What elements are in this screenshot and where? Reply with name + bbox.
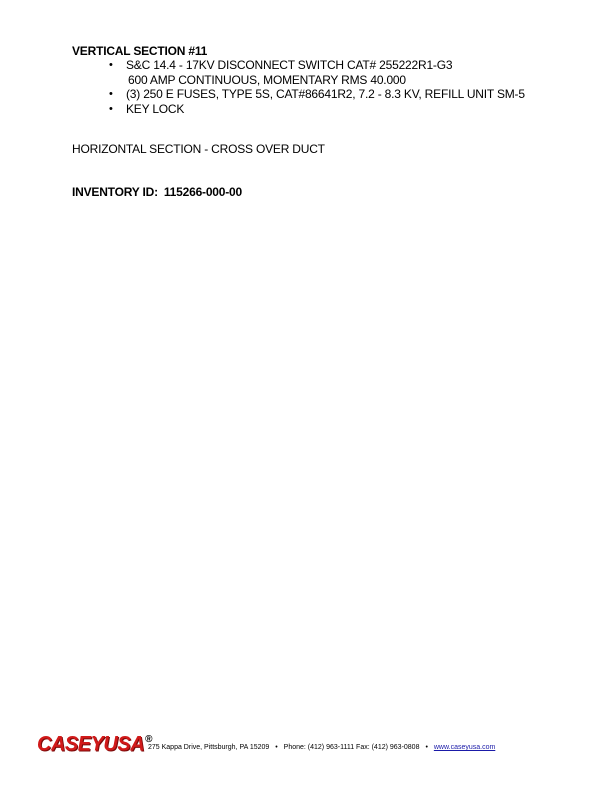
company-logo: CASEYUSA®	[37, 732, 152, 756]
list-item: • KEY LOCK	[72, 102, 525, 117]
bullet-icon: •	[109, 87, 113, 102]
list-item-continuation: 600 AMP CONTINUOUS, MOMENTARY RMS 40.000	[126, 73, 525, 88]
inventory-value: 115266-000-00	[164, 185, 242, 199]
inventory-label: INVENTORY ID:	[72, 185, 158, 199]
website-link[interactable]: www.caseyusa.com	[434, 744, 495, 751]
footer-address: 275 Kappa Drive, Pittsburgh, PA 15209	[148, 744, 269, 751]
list-item-text: KEY LOCK	[126, 102, 184, 116]
spec-list: • S&C 14.4 - 17KV DISCONNECT SWITCH CAT#…	[72, 58, 525, 116]
bullet-icon: •	[109, 58, 113, 73]
footer-contact: 275 Kappa Drive, Pittsburgh, PA 15209 • …	[148, 744, 495, 751]
separator-dot-icon: •	[425, 744, 427, 751]
list-item-text: S&C 14.4 - 17KV DISCONNECT SWITCH CAT# 2…	[126, 58, 452, 72]
footer-phone-fax: Phone: (412) 963-1111 Fax: (412) 963-080…	[284, 744, 420, 751]
inventory-id: INVENTORY ID:115266-000-00	[72, 185, 242, 199]
logo-text: CASEYUSA	[37, 732, 144, 755]
list-item: • (3) 250 E FUSES, TYPE 5S, CAT#86641R2,…	[72, 87, 525, 102]
list-item-text: (3) 250 E FUSES, TYPE 5S, CAT#86641R2, 7…	[126, 87, 525, 101]
bullet-icon: •	[109, 102, 113, 117]
separator-dot-icon: •	[275, 744, 277, 751]
horizontal-section-text: HORIZONTAL SECTION - CROSS OVER DUCT	[72, 142, 325, 156]
section-heading: VERTICAL SECTION #11	[72, 44, 207, 58]
footer: CASEYUSA® 275 Kappa Drive, Pittsburgh, P…	[37, 733, 577, 757]
list-item: • S&C 14.4 - 17KV DISCONNECT SWITCH CAT#…	[72, 58, 525, 87]
